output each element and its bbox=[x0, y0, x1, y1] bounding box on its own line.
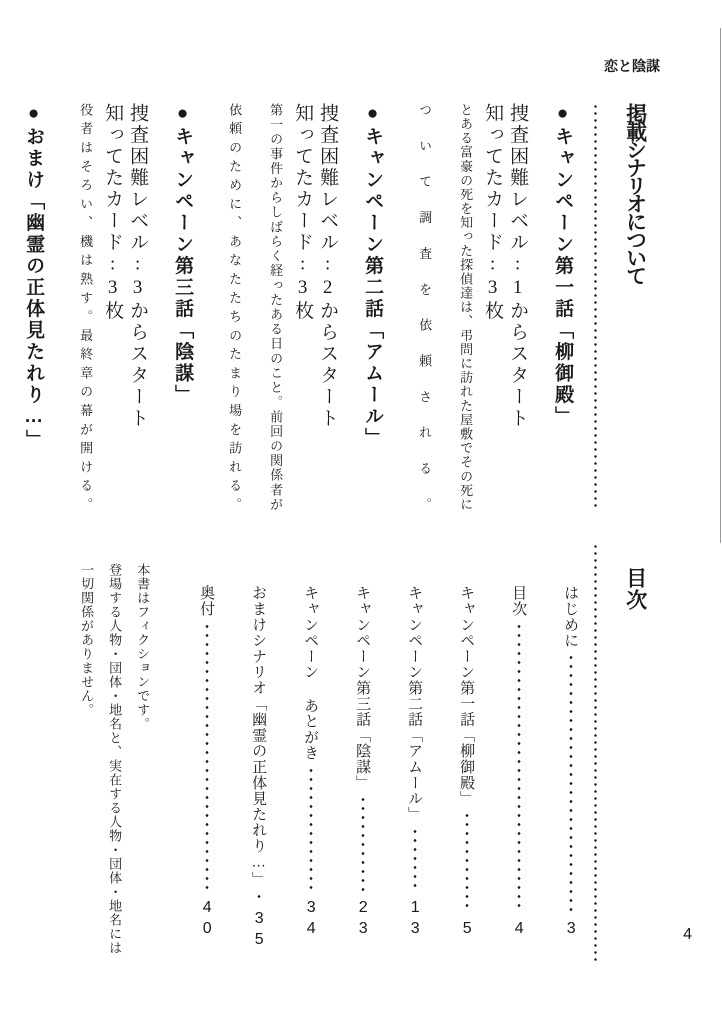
disclaimer-line: 一切関係がありません。 bbox=[72, 563, 100, 961]
toc-entry-episode2: キャンペーン第二話「アムール」 13 bbox=[406, 585, 423, 941]
scenario-heading: ●キャンペーン第一話「柳御殿」 bbox=[549, 103, 575, 511]
disclaimer-line: 登場する人物・団体・地名と、実在する人物・団体・地名には bbox=[100, 563, 128, 961]
running-head: 恋と陰謀 bbox=[604, 56, 660, 76]
scenario-section: 掲載シナリオについて ●キャンペーン第一話「柳御殿」 捜査困難レベル:1からスタ… bbox=[0, 103, 667, 511]
page-number: 4 bbox=[683, 926, 692, 944]
scan-edge-line bbox=[720, 28, 721, 543]
toc-entry-label: はじめに bbox=[560, 585, 581, 648]
toc-entry-label: キャンペーン第一話「柳御殿」 bbox=[456, 585, 477, 806]
toc-entry-label: おまけシナリオ「幽霊の正体見たれり…」 bbox=[248, 585, 269, 887]
scenario-description: 第一の事件からしばらく経ったある日のこと。前回の関係者が 依頼のために、あなたた… bbox=[214, 103, 296, 511]
scenario-stat-difficulty: 捜査困難レベル:3からスタート bbox=[125, 103, 150, 511]
toc-entries: はじめに 3 目次 4 キャンペーン第一話「柳御殿」 5 キャンペーン第二話「ア… bbox=[198, 585, 579, 941]
toc-entry-episode1: キャンペーン第一話「柳御殿」 5 bbox=[458, 585, 475, 941]
toc-title: 目次 bbox=[615, 543, 650, 961]
scenario-stat-difficulty: 捜査困難レベル:1からスタート bbox=[505, 103, 530, 511]
dotted-rule bbox=[594, 543, 597, 961]
description-line: 第一の事件からしばらく経ったある日のこと。前回の関係者が bbox=[255, 103, 296, 511]
dot-leader bbox=[257, 892, 261, 902]
scenario-stat-difficulty: 捜査困難レベル:1からスタート bbox=[0, 103, 1, 511]
dot-leader bbox=[413, 827, 417, 891]
toc-entry-episode3: キャンペーン第三話「陰謀」 23 bbox=[354, 585, 371, 941]
dot-leader bbox=[465, 811, 469, 912]
toc-entry-hajimeni: はじめに 3 bbox=[562, 585, 579, 941]
description-line: とある富豪の死を知った探偵達は、弔問に訪れた屋敷でその死に bbox=[445, 103, 486, 511]
toc-entry-page: 23 bbox=[354, 896, 372, 941]
scenario-heading: ●おまけ「幽霊の正体見たれり…」 bbox=[20, 103, 46, 511]
toc-entry-mokuji: 目次 4 bbox=[510, 585, 527, 941]
toc-entry-label: 奥付 bbox=[196, 585, 217, 617]
scenario-heading: ●キャンペーン第三話「陰謀」 bbox=[169, 103, 195, 511]
toc-entry-page: 13 bbox=[406, 896, 424, 941]
dot-leader bbox=[309, 766, 313, 891]
scenario-heading: ●キャンペーン第二話「アムール」 bbox=[359, 103, 385, 511]
dot-leader bbox=[205, 622, 209, 891]
toc-entry-omake: おまけシナリオ「幽霊の正体見たれり…」 35 bbox=[250, 585, 267, 941]
dot-leader bbox=[569, 653, 573, 912]
scenario-group-4: ●おまけ「幽霊の正体見たれり…」 捜査困難レベル:1からスタート 知ってたカード… bbox=[0, 103, 46, 511]
scenario-section-title: 掲載シナリオについて bbox=[615, 103, 650, 511]
disclaimer-line: 本書はフィクションです。 bbox=[128, 563, 156, 961]
toc-entry-page: 4 bbox=[510, 917, 528, 941]
toc-section: 目次 はじめに 3 目次 4 キャンペーン第一話「柳御殿」 5 キャンペーン第二… bbox=[72, 543, 667, 961]
toc-entry-label: キャンペーン第二話「アムール」 bbox=[404, 585, 425, 822]
dotted-rule bbox=[594, 103, 597, 511]
toc-entry-label: キャンペーン あとがき bbox=[300, 585, 321, 761]
scenario-group-2: ●キャンペーン第二話「アムール」 捜査困難レベル:2からスタート 知ってたカード… bbox=[214, 103, 385, 511]
description-line: ついて調査を依頼される。 bbox=[404, 103, 445, 511]
toc-entry-okuzuke: 奥付 40 bbox=[198, 585, 215, 941]
toc-entry-page: 5 bbox=[458, 917, 476, 941]
fiction-disclaimer: 本書はフィクションです。 登場する人物・団体・地名と、実在する人物・団体・地名に… bbox=[72, 543, 156, 961]
scenario-group-3: ●キャンペーン第三話「陰謀」 捜査困難レベル:3からスタート 知ってたカード:3… bbox=[65, 103, 195, 511]
toc-entry-page: 34 bbox=[302, 896, 320, 941]
toc-entry-label: キャンペーン第三話「陰謀」 bbox=[352, 585, 373, 790]
scenario-description: とある富豪の死を知った探偵達は、弔問に訪れた屋敷でその死に ついて調査を依頼され… bbox=[404, 103, 486, 511]
scenario-stat-difficulty: 捜査困難レベル:2からスタート bbox=[315, 103, 340, 511]
dot-leader bbox=[517, 622, 521, 912]
toc-entry-atogaki: キャンペーン あとがき 34 bbox=[302, 585, 319, 941]
scenario-group-1: ●キャンペーン第一話「柳御殿」 捜査困難レベル:1からスタート 知ってたカード:… bbox=[404, 103, 575, 511]
description-line: 依頼のために、あなたたちのたまり場を訪れる。 bbox=[214, 103, 255, 511]
toc-entry-page: 3 bbox=[562, 917, 580, 941]
toc-entry-page: 35 bbox=[250, 907, 268, 952]
book-page: { "colors":{"ink":"#1a1a1a","paper":"#ff… bbox=[0, 0, 722, 1024]
description-line: 役者はそろい、機は熟す。最終章の幕が開ける。 bbox=[65, 103, 106, 511]
toc-entry-page: 40 bbox=[198, 896, 216, 941]
toc-entry-label: 目次 bbox=[508, 585, 529, 617]
dot-leader bbox=[361, 795, 365, 891]
scenario-description: 役者はそろい、機は熟す。最終章の幕が開ける。 bbox=[65, 103, 106, 511]
